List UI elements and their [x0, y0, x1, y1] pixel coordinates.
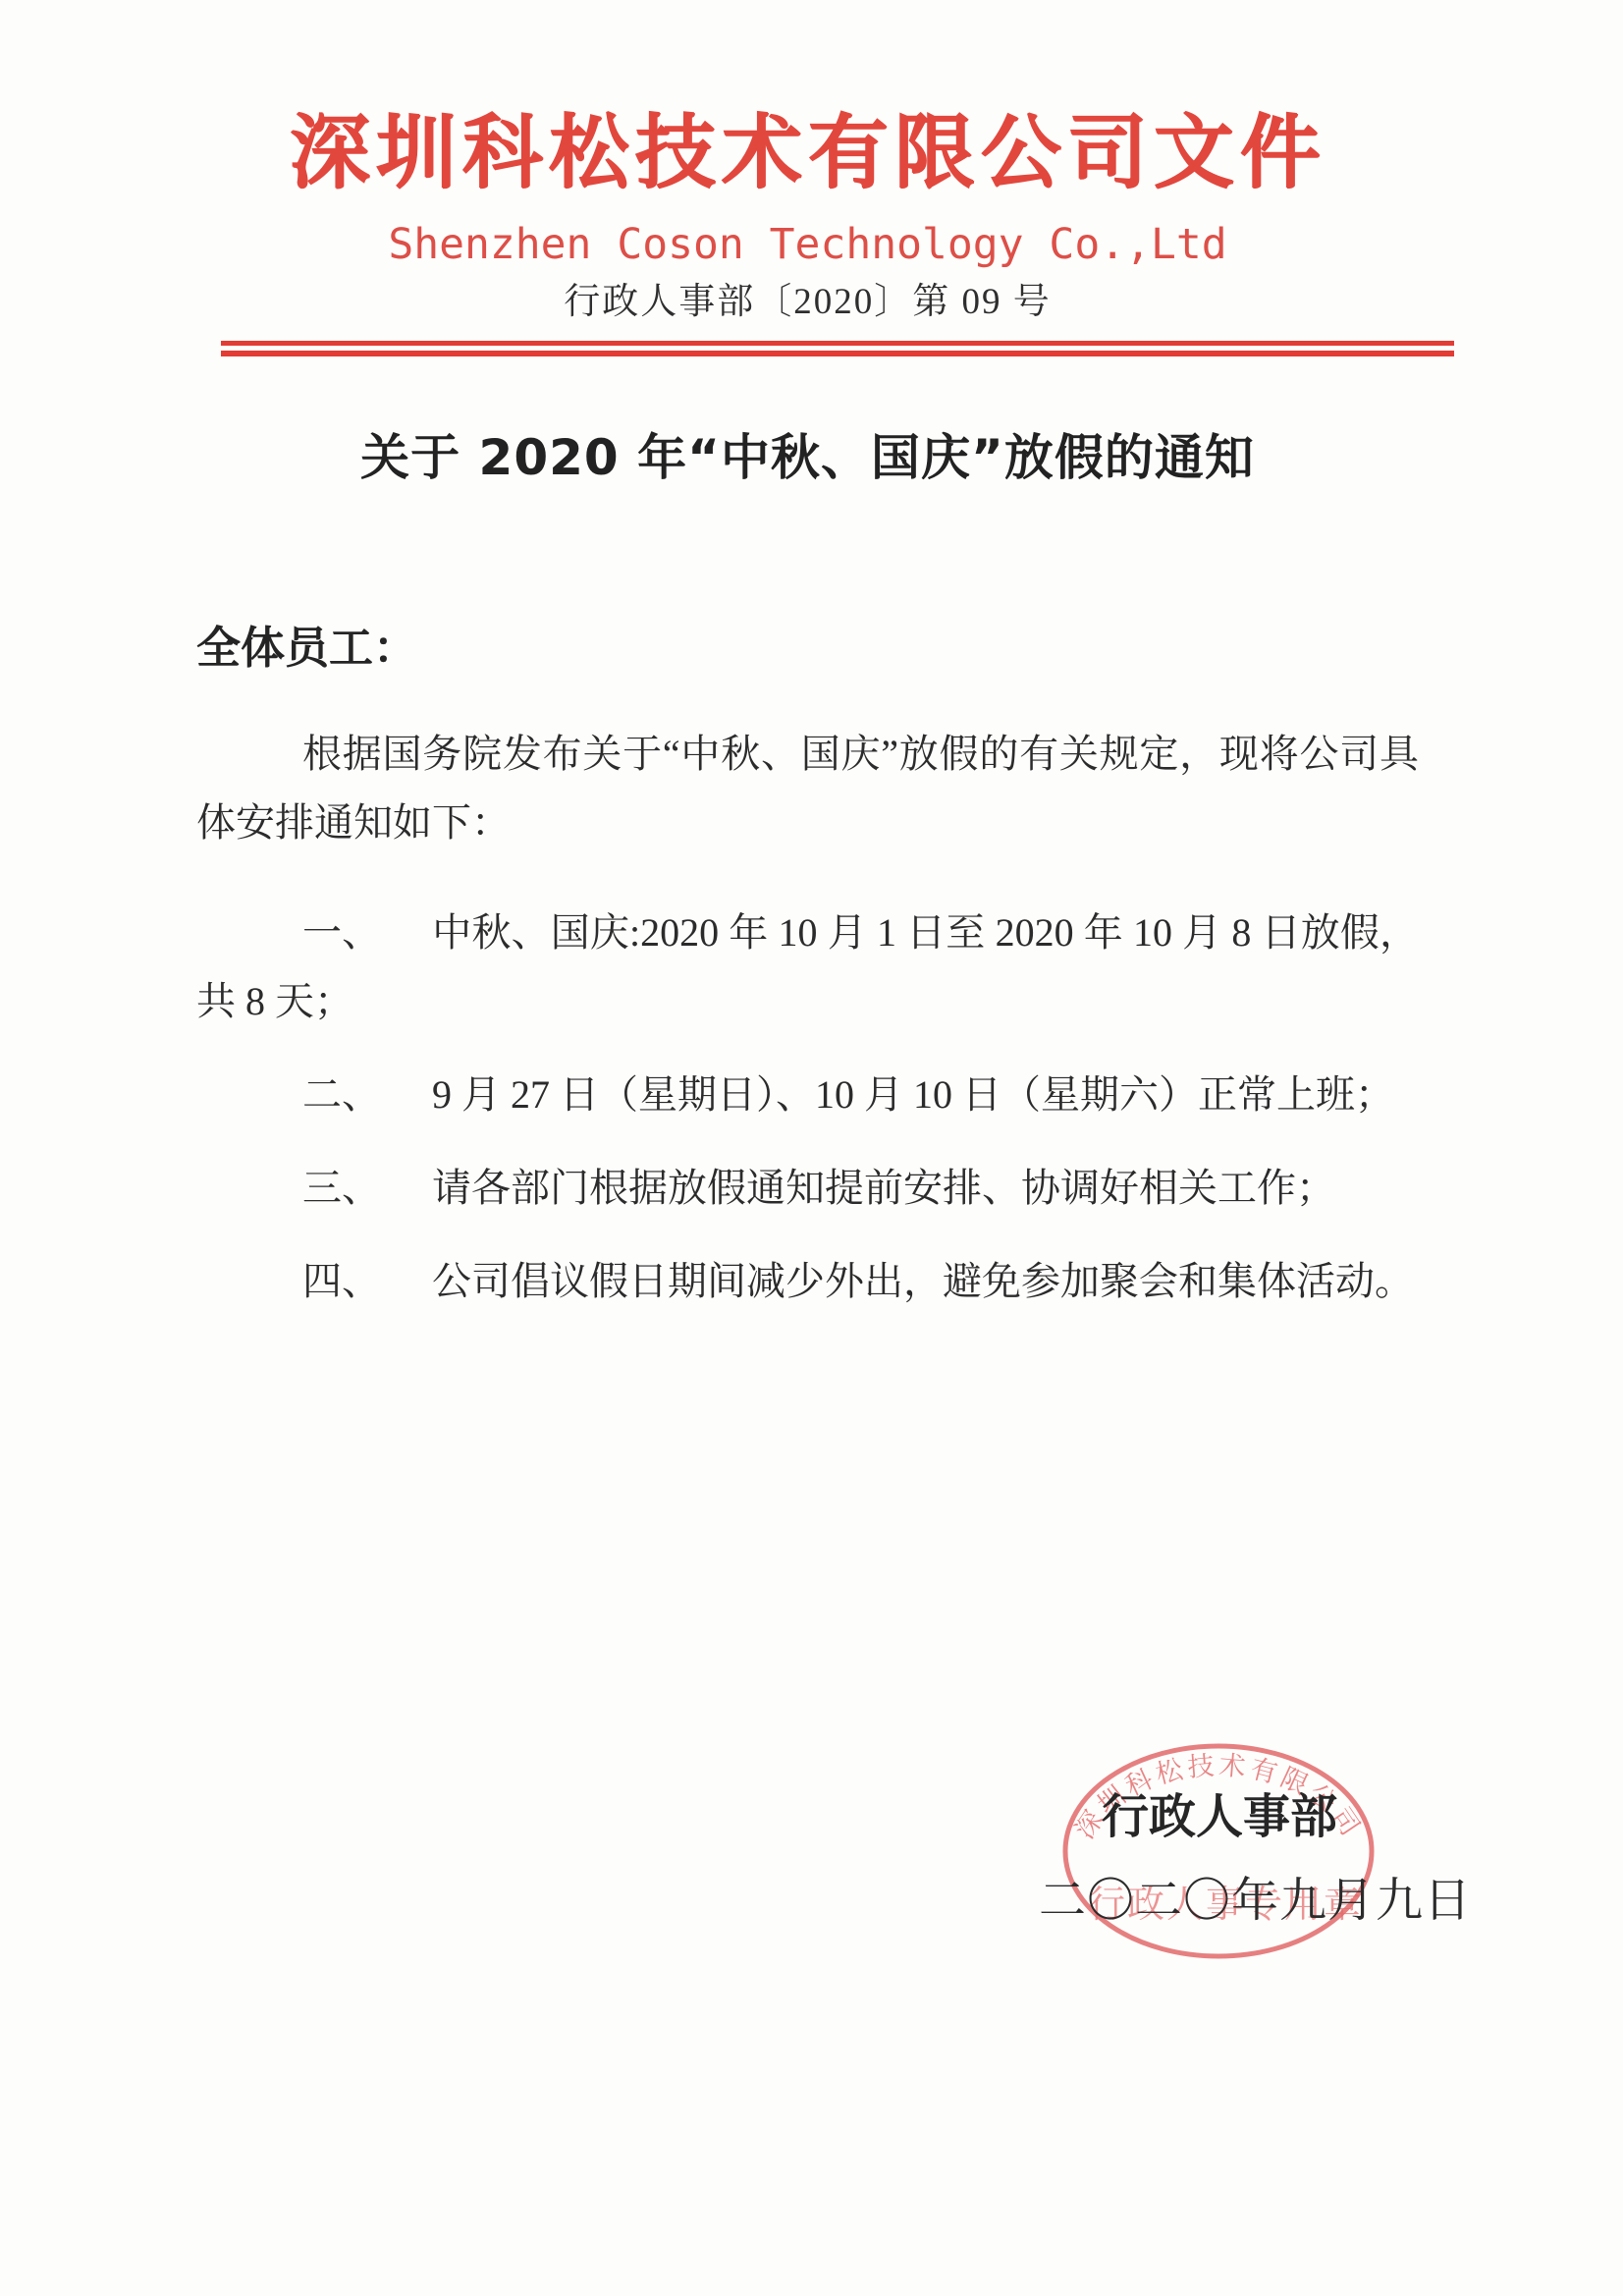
- item-number: 四、: [302, 1259, 381, 1303]
- company-name-en: Shenzhen Coson Technology Co.,Ltd: [196, 222, 1419, 268]
- notice-title: 关于 2020 年“中秋、国庆”放假的通知: [196, 428, 1419, 487]
- list-item: 一、中秋、国庆:2020 年 10 月 1 日至 2020 年 10 月 8 日…: [196, 899, 1419, 1036]
- item-text: 公司倡议假日期间减少外出，避免参加聚会和集体活动。: [432, 1259, 1414, 1303]
- item-text: 9 月 27 日（星期日）、10 月 10 日（星期六）正常上班；: [432, 1072, 1394, 1117]
- company-seal-stamp: 深圳科松技术有限公司 行政人事专用章: [1044, 1721, 1407, 1982]
- item-number: 三、: [302, 1166, 381, 1210]
- list-item: 二、9 月 27 日（星期日）、10 月 10 日（星期六）正常上班；: [196, 1061, 1419, 1129]
- document-number: 行政人事部〔2020〕第 09 号: [196, 283, 1419, 323]
- item-list: 一、中秋、国庆:2020 年 10 月 1 日至 2020 年 10 月 8 日…: [196, 899, 1419, 1316]
- signature-date: 二〇二〇年九月九日: [1039, 1876, 1472, 1928]
- notice-body: 全体员工： 根据国务院发布关于“中秋、国庆”放假的有关规定，现将公司具体安排通知…: [196, 619, 1419, 1316]
- double-red-rule: [221, 341, 1454, 356]
- list-item: 三、请各部门根据放假通知提前安排、协调好相关工作；: [196, 1154, 1419, 1223]
- salutation: 全体员工：: [196, 619, 1419, 678]
- item-number: 一、: [302, 910, 381, 955]
- red-rule-bottom: [221, 351, 1454, 356]
- signature-department: 行政人事部: [1102, 1791, 1337, 1843]
- item-text: 请各部门根据放假通知提前安排、协调好相关工作；: [432, 1166, 1335, 1210]
- intro-paragraph: 根据国务院发布关于“中秋、国庆”放假的有关规定，现将公司具体安排通知如下：: [196, 720, 1419, 857]
- scanned-notice-document: 深圳科松技术有限公司文件 Shenzhen Coson Technology C…: [0, 0, 1623, 2296]
- company-name-cn: 深圳科松技术有限公司文件: [196, 106, 1419, 198]
- list-item: 四、公司倡议假日期间减少外出，避免参加聚会和集体活动。: [196, 1247, 1419, 1316]
- item-number: 二、: [302, 1072, 381, 1117]
